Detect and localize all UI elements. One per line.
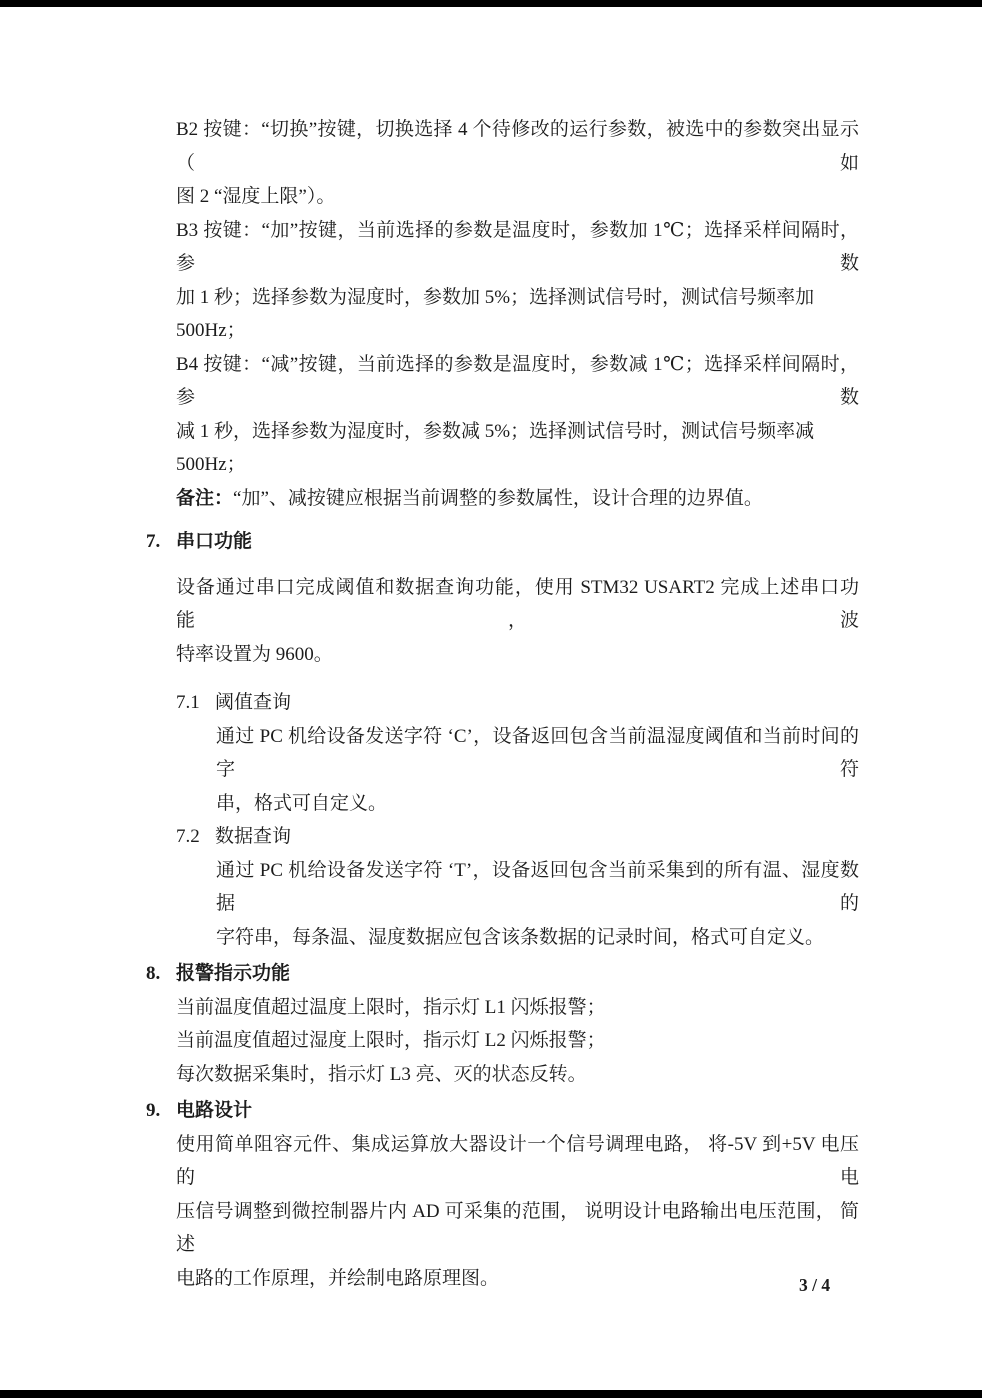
section-9-line-1: 使用简单阻容元件、集成运算放大器设计一个信号调理电路， 将-5V 到+5V 电压… [176,1128,859,1195]
page-number: 3 / 4 [799,1274,830,1296]
section-7-2-number: 7.2 [176,820,215,854]
section-7-1-heading: 7.1阈值查询 [176,686,859,720]
top-scan-bar [0,0,982,7]
para-b2-line-1: B2 按键：“切换”按键，切换选择 4 个待修改的运行参数，被选中的参数突出显示… [176,113,859,180]
section-7-2-paragraph: 通过 PC 机给设备发送字符 ‘T’，设备返回包含当前采集到的所有温、湿度数据的… [216,854,859,955]
paragraph-b3-button: B3 按键：“加”按键，当前选择的参数是温度时，参数加 1℃；选择采样间隔时，参… [176,214,859,348]
section-7-2-title: 数据查询 [215,826,291,847]
section-8-number: 8. [146,957,176,991]
section-7-title: 串口功能 [176,531,252,552]
section-9-paragraph: 使用简单阻容元件、集成运算放大器设计一个信号调理电路， 将-5V 到+5V 电压… [176,1128,859,1296]
paragraph-b4-button: B4 按键：“减”按键，当前选择的参数是温度时，参数减 1℃；选择采样间隔时，参… [176,348,859,482]
section-9-line-2: 压信号调整到微控制器片内 AD 可采集的范围， 说明设计电路输出电压范围， 简述 [176,1195,859,1262]
section-7-1-title: 阈值查询 [215,692,291,713]
section-7-intro: 设备通过串口完成阈值和数据查询功能，使用 STM32 USART2 完成上述串口… [176,571,859,672]
note-line: 备注：“加”、减按键应根据当前调整的参数属性，设计合理的边界值。 [176,482,859,516]
section-7-heading: 7.串口功能 [146,525,859,559]
section-7-1-line-1: 通过 PC 机给设备发送字符 ‘C’，设备返回包含当前温湿度阈值和当前时间的字符 [216,720,859,787]
page-content: B2 按键：“切换”按键，切换选择 4 个待修改的运行参数，被选中的参数突出显示… [176,113,859,1295]
section-9-title: 电路设计 [176,1100,252,1121]
section-7-2-heading: 7.2数据查询 [176,820,859,854]
document-page: B2 按键：“切换”按键，切换选择 4 个待修改的运行参数，被选中的参数突出显示… [0,0,982,1398]
section-9-line-3: 电路的工作原理，并绘制电路原理图。 [176,1262,859,1296]
paragraph-b2-button: B2 按键：“切换”按键，切换选择 4 个待修改的运行参数，被选中的参数突出显示… [176,113,859,214]
section-7-1-paragraph: 通过 PC 机给设备发送字符 ‘C’，设备返回包含当前温湿度阈值和当前时间的字符… [216,720,859,821]
section-9-number: 9. [146,1094,176,1128]
section-8-line-2: 当前温度值超过湿度上限时，指示灯 L2 闪烁报警； [176,1024,859,1058]
section-8-line-3: 每次数据采集时，指示灯 L3 亮、灭的状态反转。 [176,1058,859,1092]
note-prefix: 备注： [176,488,233,509]
section-8-paragraph: 当前温度值超过温度上限时，指示灯 L1 闪烁报警； 当前温度值超过湿度上限时，指… [176,991,859,1092]
para-b3-line-1: B3 按键：“加”按键，当前选择的参数是温度时，参数加 1℃；选择采样间隔时，参… [176,214,859,281]
para-b4-line-2: 减 1 秒，选择参数为湿度时，参数减 5%；选择测试信号时，测试信号频率减 50… [176,415,859,482]
section-8-line-1: 当前温度值超过温度上限时，指示灯 L1 闪烁报警； [176,991,859,1025]
section-7-2-line-1: 通过 PC 机给设备发送字符 ‘T’，设备返回包含当前采集到的所有温、湿度数据的 [216,854,859,921]
section-9-heading: 9.电路设计 [146,1094,859,1128]
section-7-intro-line-2: 特率设置为 9600。 [176,638,859,672]
section-7-2-line-2: 字符串，每条温、湿度数据应包含该条数据的记录时间，格式可自定义。 [216,921,859,955]
section-7-number: 7. [146,525,176,559]
section-7-1-number: 7.1 [176,686,215,720]
section-8-heading: 8.报警指示功能 [146,957,859,991]
section-8-title: 报警指示功能 [176,963,290,984]
section-7-intro-line-1: 设备通过串口完成阈值和数据查询功能，使用 STM32 USART2 完成上述串口… [176,571,859,638]
bottom-scan-bar [0,1390,982,1398]
section-7-1-line-2: 串，格式可自定义。 [216,787,859,821]
note-text: “加”、减按键应根据当前调整的参数属性，设计合理的边界值。 [233,488,763,509]
para-b3-line-2: 加 1 秒；选择参数为湿度时，参数加 5%；选择测试信号时，测试信号频率加 50… [176,281,859,348]
para-b2-line-2: 图 2 “湿度上限”）。 [176,180,859,214]
para-b4-line-1: B4 按键：“减”按键，当前选择的参数是温度时，参数减 1℃；选择采样间隔时，参… [176,348,859,415]
